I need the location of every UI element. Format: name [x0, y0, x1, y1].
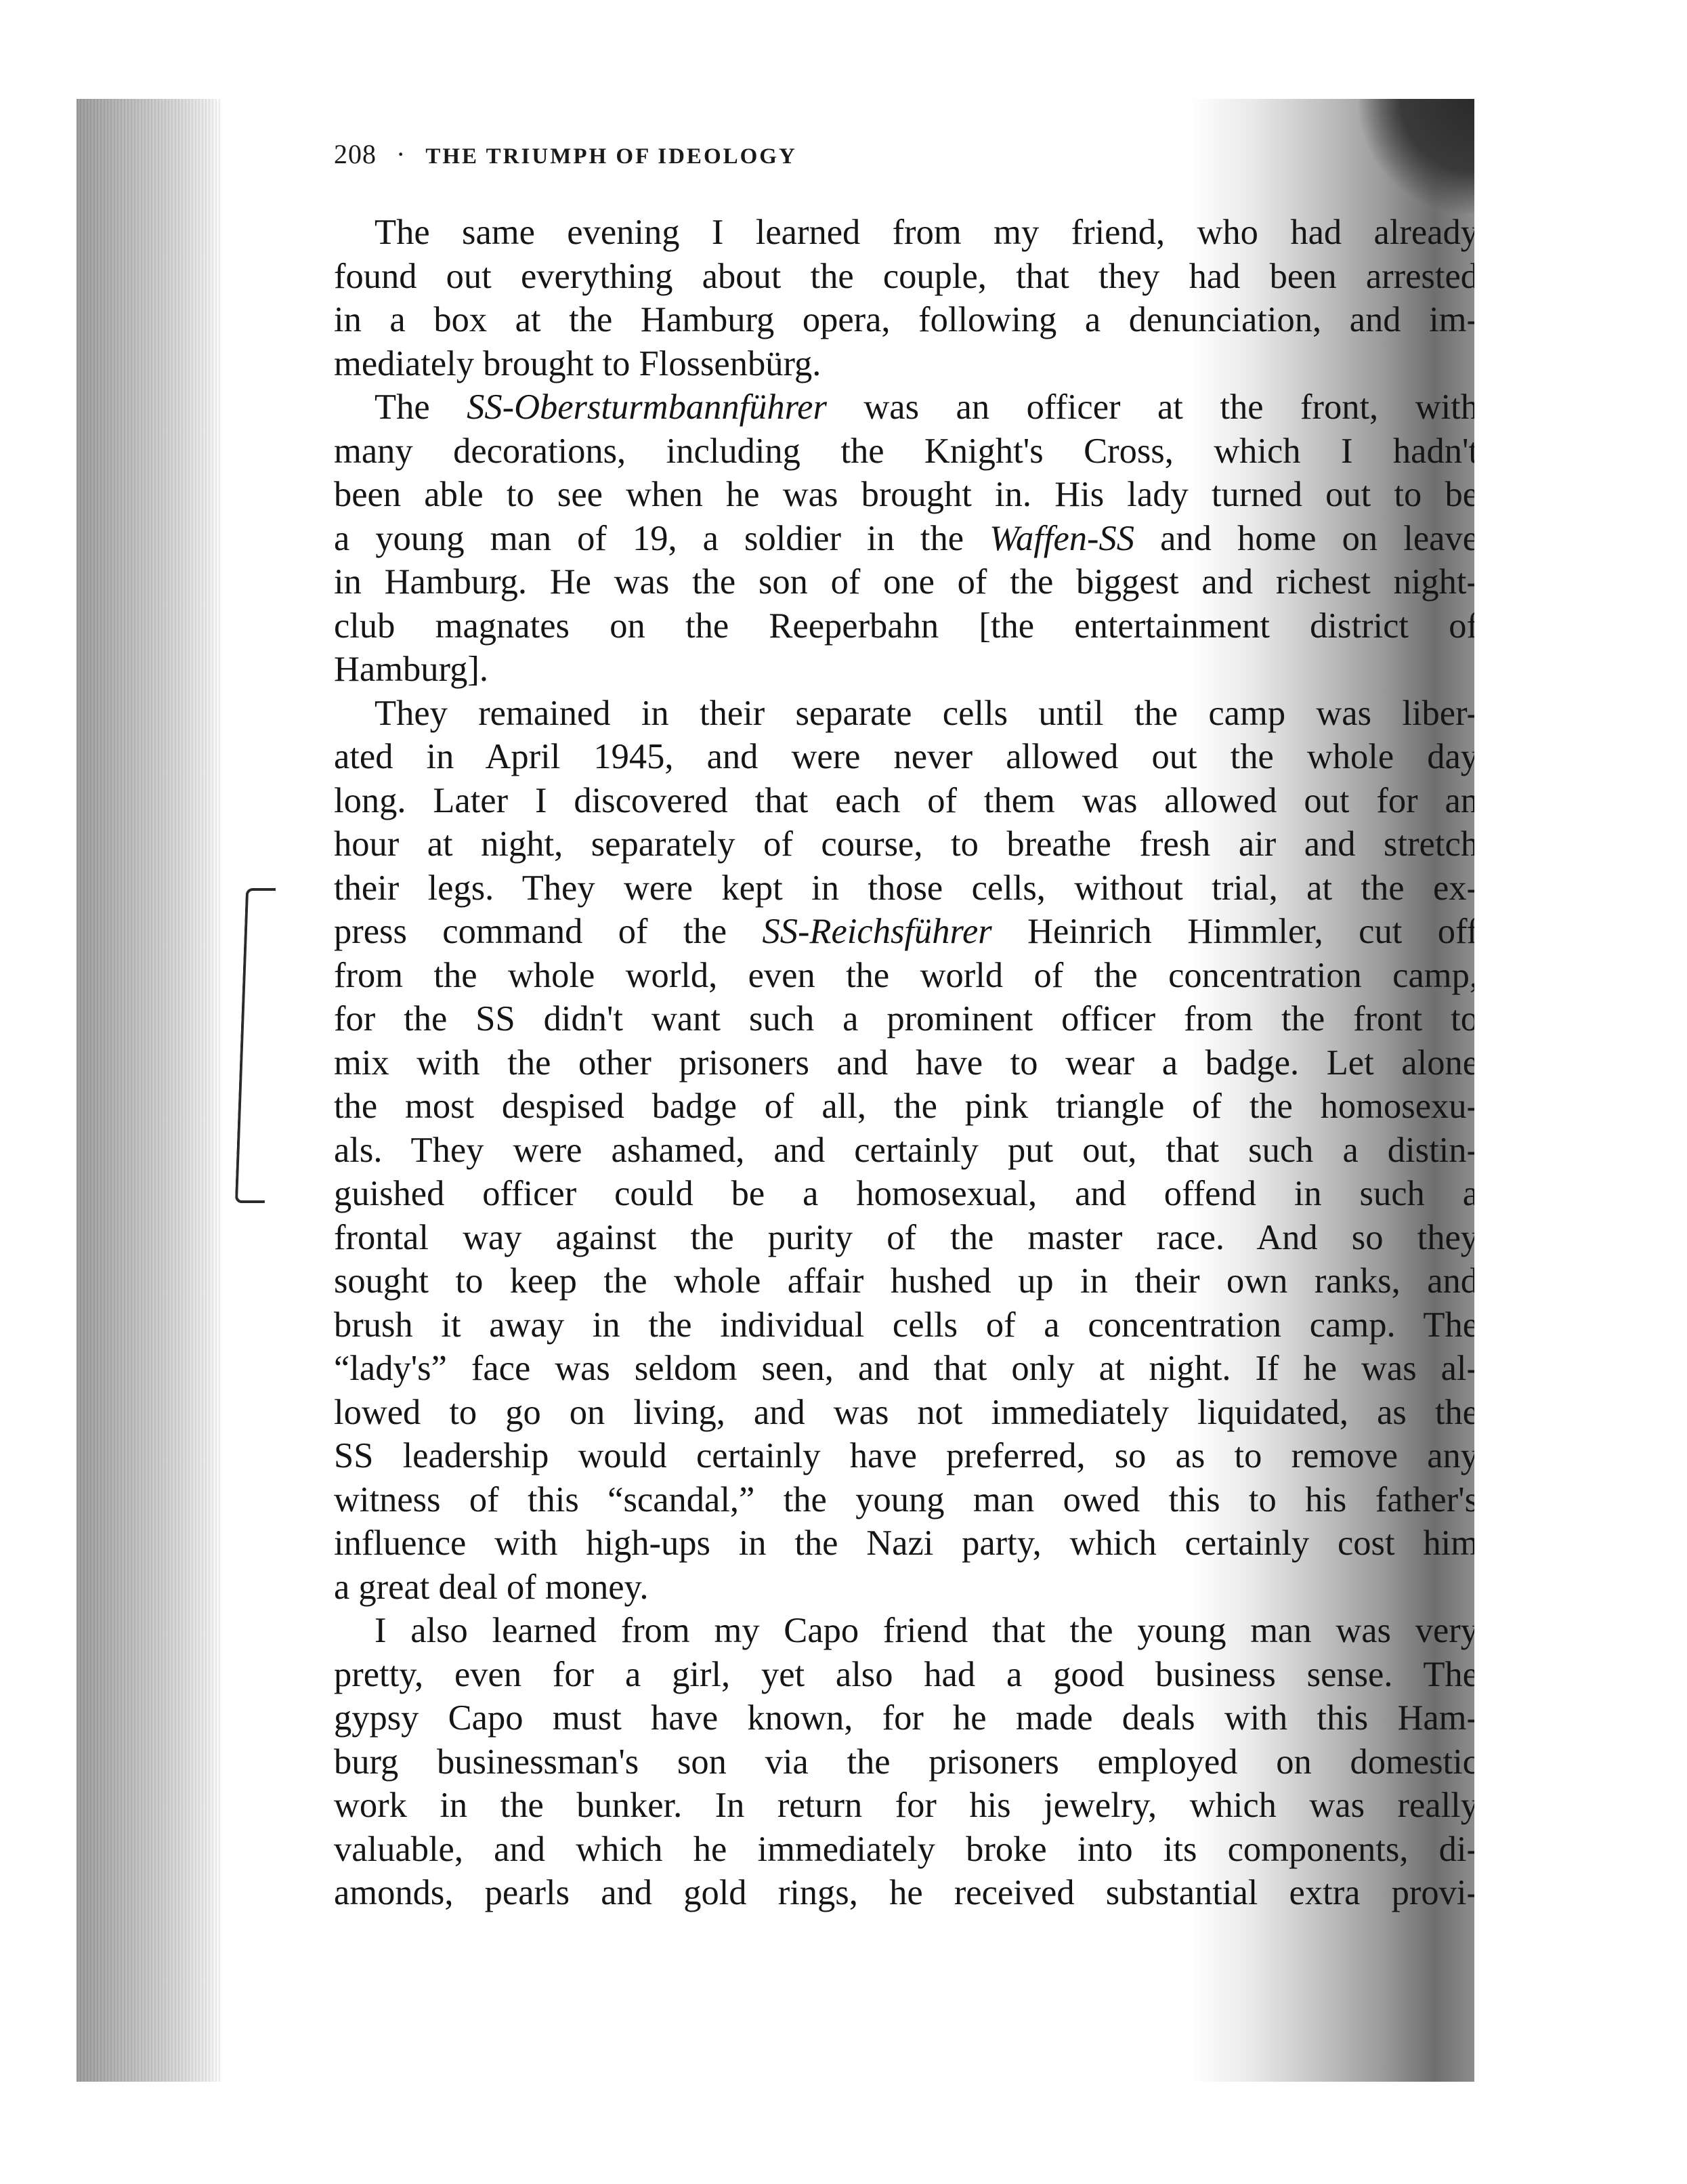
- text-line: valuable, and which he immediately broke…: [334, 1828, 1474, 1872]
- text-line: from the whole world, even the world of …: [334, 954, 1474, 998]
- text-line: their legs. They were kept in those cell…: [334, 866, 1474, 910]
- text-line: the most despised badge of all, the pink…: [334, 1085, 1474, 1129]
- text-line: been able to see when he was brought in.…: [334, 473, 1474, 517]
- text-line: pretty, even for a girl, yet also had a …: [334, 1653, 1474, 1697]
- text-line-with-italic: press command of the SS-Reichsführer Hei…: [334, 910, 1474, 954]
- italic-term: Waffen-SS: [989, 519, 1134, 558]
- text-line: “lady's” face was seldom seen, and that …: [334, 1347, 1474, 1391]
- text-line-with-italic: The SS-Obersturmbannführer was an office…: [334, 385, 1474, 429]
- page-number: 208: [334, 139, 377, 169]
- text-line: als. They were ashamed, and certainly pu…: [334, 1129, 1474, 1173]
- text-line: work in the bunker. In return for his je…: [334, 1784, 1474, 1828]
- text-line: brush it away in the individual cells of…: [334, 1303, 1474, 1347]
- body-text: The same evening I learned from my frien…: [334, 211, 1474, 1915]
- text-line: in Hamburg. He was the son of one of the…: [334, 560, 1474, 604]
- text-line: ated in April 1945, and were never allow…: [334, 735, 1474, 779]
- scanned-page: 208 · THE TRIUMPH OF IDEOLOGY The same e…: [77, 99, 1474, 2082]
- text-line: many decorations, including the Knight's…: [334, 429, 1474, 474]
- text-line: mediately brought to Flossenbürg.: [334, 342, 1474, 386]
- text-line: club magnates on the Reeperbahn [the ent…: [334, 604, 1474, 648]
- text-line: mix with the other prisoners and have to…: [334, 1041, 1474, 1085]
- text-line: amonds, pearls and gold rings, he receiv…: [334, 1871, 1474, 1915]
- text-line: witness of this “scandal,” the young man…: [334, 1478, 1474, 1522]
- running-head: 208 · THE TRIUMPH OF IDEOLOGY: [334, 138, 797, 170]
- running-head-title: THE TRIUMPH OF IDEOLOGY: [425, 144, 796, 169]
- text-line: hour at night, separately of course, to …: [334, 822, 1474, 866]
- text-line: sought to keep the whole affair hushed u…: [334, 1259, 1474, 1303]
- book-page: 208 · THE TRIUMPH OF IDEOLOGY The same e…: [334, 99, 1474, 2082]
- text-line: in a box at the Hamburg opera, following…: [334, 298, 1474, 342]
- text-line: SS leadership would certainly have prefe…: [334, 1434, 1474, 1478]
- text-line: Hamburg].: [334, 648, 1474, 692]
- text-line: for the SS didn't want such a prominent …: [334, 997, 1474, 1041]
- text-line-with-italic: a young man of 19, a soldier in the Waff…: [334, 517, 1474, 561]
- text-line: They remained in their separate cells un…: [334, 692, 1474, 736]
- text-line: influence with high-ups in the Nazi part…: [334, 1521, 1474, 1566]
- text-line: long. Later I discovered that each of th…: [334, 779, 1474, 823]
- text-line: The same evening I learned from my frien…: [334, 211, 1474, 255]
- text-line: burg businessman's son via the prisoners…: [334, 1740, 1474, 1784]
- italic-term: SS-Reichsführer: [762, 912, 991, 951]
- text-line: I also learned from my Capo friend that …: [334, 1609, 1474, 1653]
- text-line: lowed to go on living, and was not immed…: [334, 1391, 1474, 1435]
- left-gutter-shadow: [77, 99, 222, 2082]
- text-line: found out everything about the couple, t…: [334, 255, 1474, 299]
- text-line: a great deal of money.: [334, 1566, 1474, 1610]
- text-line: gypsy Capo must have known, for he made …: [334, 1696, 1474, 1740]
- running-head-separator: ·: [396, 139, 406, 169]
- italic-term: SS-Obersturmbannführer: [467, 387, 827, 427]
- text-line: guished officer could be a homosexual, a…: [334, 1172, 1474, 1216]
- text-line: frontal way against the purity of the ma…: [334, 1216, 1474, 1260]
